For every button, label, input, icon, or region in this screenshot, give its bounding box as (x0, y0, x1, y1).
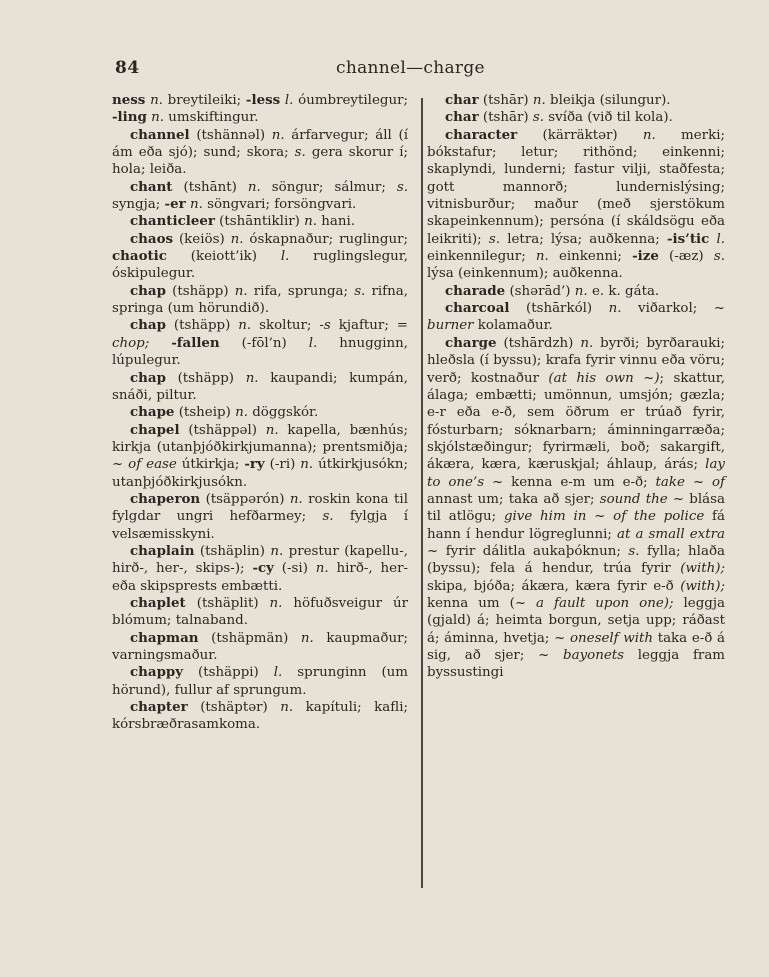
dictionary-entry-chaplain: chaplain (tshäplin) n. prestur (kapellu-… (112, 543, 408, 595)
dictionary-entry-chapel: chapel (tshäppəl) n. kapella, bænhús; ki… (112, 422, 408, 491)
dictionary-entry-chape: chape (tsheip) n. döggskór. (112, 404, 408, 421)
dictionary-entry-chaplet: chaplet (tshäplit) n. höfuðsveigur úr bl… (112, 595, 408, 630)
dictionary-entry-chapman: chapman (tshäpmän) n. kaupmaður; varning… (112, 630, 408, 665)
dictionary-entry-chaos: chaos (keiös) n. óskapnaður; ruglingur; … (112, 231, 408, 283)
dictionary-entry-ness-cont: ness n. breytileiki; -less l. óumbreytil… (112, 92, 408, 127)
right-column: char (tshār) n. bleikja (silungur).char … (427, 92, 725, 682)
column-divider (421, 98, 423, 888)
running-head: channel—charge (336, 58, 485, 78)
dictionary-entry-channel: channel (tshännəl) n. árfarvegur; áll (í… (112, 127, 408, 179)
dictionary-entry-charcoal: charcoal (tshārkól) n. viðarkol; ~ burne… (427, 300, 725, 335)
dictionary-entry-chap-2: chap (tshäpp) n. skoltur; -s kjaftur; = … (112, 317, 408, 369)
left-column: ness n. breytileiki; -less l. óumbreytil… (112, 92, 408, 734)
dictionary-entry-charade: charade (shərād’) n. e. k. gáta. (427, 283, 725, 300)
dictionary-entry-chanticleer: chanticleer (tshāntiklir) n. hani. (112, 213, 408, 230)
dictionary-entry-char-2: char (tshār) s. svíða (við til kola). (427, 109, 725, 126)
dictionary-entry-charge: charge (tshārdzh) n. byrði; byrðarauki; … (427, 335, 725, 682)
dictionary-entry-chap-3: chap (tshäpp) n. kaupandi; kumpán, snáði… (112, 370, 408, 405)
dictionary-entry-chant: chant (tshānt) n. söngur; sálmur; s. syn… (112, 179, 408, 214)
page-number: 84 (115, 58, 140, 78)
dictionary-entry-character: character (kärräktər) n. merki; bókstafu… (427, 127, 725, 283)
dictionary-entry-char-1: char (tshār) n. bleikja (silungur). (427, 92, 725, 109)
dictionary-entry-chappy: chappy (tshäppi) l. sprunginn (um hörund… (112, 664, 408, 699)
dictionary-entry-chaperon: chaperon (tsäppərón) n. roskin kona til … (112, 491, 408, 543)
dictionary-entry-chapter: chapter (tshäptər) n. kapítuli; kafli; k… (112, 699, 408, 734)
dictionary-entry-chap-1: chap (tshäpp) n. rifa, sprunga; s. rifna… (112, 283, 408, 318)
